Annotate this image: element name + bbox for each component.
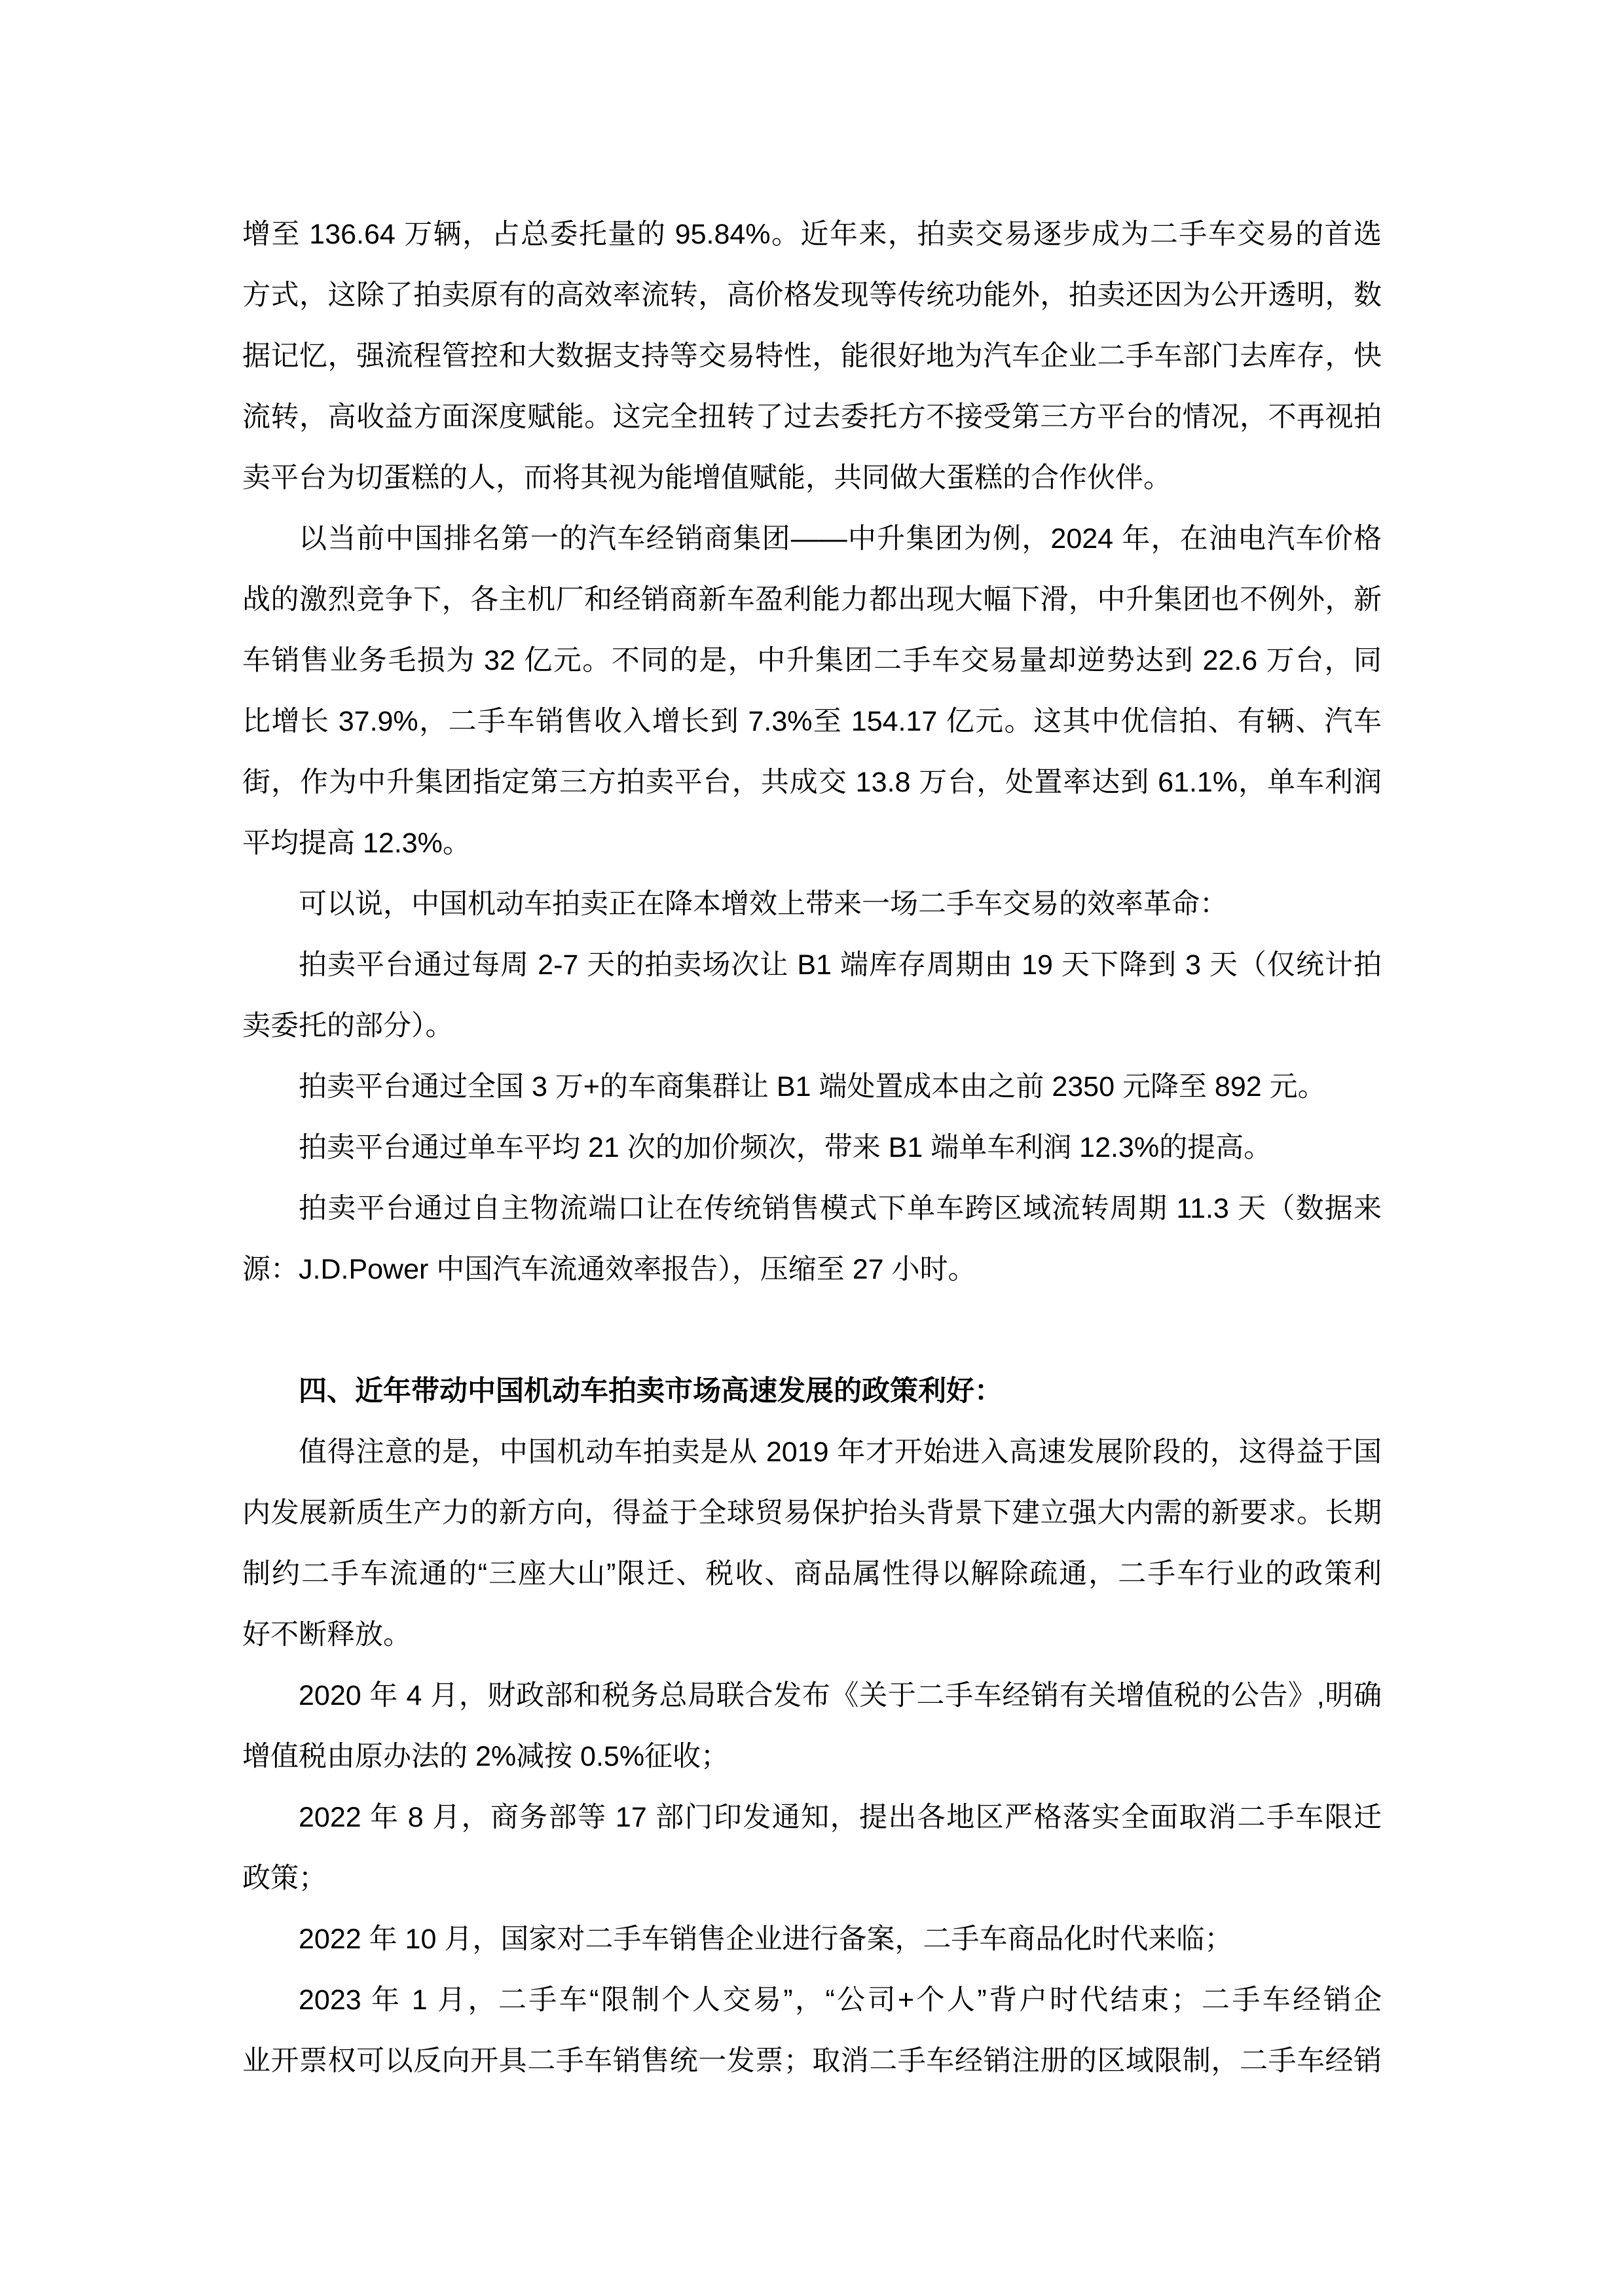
text-line: 车销售业务毛损为 32 亿元。不同的是，中升集团二手车交易量却逆势达到 22.6… — [242, 630, 1382, 691]
text-line: 拍卖平台通过自主物流端口让在传统销售模式下单车跨区域流转周期 11.3 天（数据… — [242, 1178, 1382, 1239]
text-line: 内发展新质生产力的新方向，得益于全球贸易保护抬头背景下建立强大内需的新要求。长期 — [242, 1483, 1382, 1544]
text-line: 拍卖平台通过每周 2-7 天的拍卖场次让 B1 端库存周期由 19 天下降到 3… — [242, 935, 1382, 996]
text-line: 2022 年 8 月，商务部等 17 部门印发通知，提出各地区严格落实全面取消二… — [242, 1787, 1382, 1848]
text-line: 平均提高 12.3%。 — [242, 813, 1382, 874]
text-line: 拍卖平台通过单车平均 21 次的加价频次，带来 B1 端单车利润 12.3%的提… — [242, 1118, 1382, 1178]
text-line: 卖委托的部分）。 — [242, 996, 1382, 1057]
section-heading: 四、近年带动中国机动车拍卖市场高速发展的政策利好： — [242, 1361, 1382, 1422]
text-line: 可以说，中国机动车拍卖正在降本增效上带来一场二手车交易的效率革命： — [242, 874, 1382, 935]
text-line: 增至 136.64 万辆，占总委托量的 95.84%。近年来，拍卖交易逐步成为二… — [242, 204, 1382, 265]
text-line: 据记忆，强流程管控和大数据支持等交易特性，能很好地为汽车企业二手车部门去库存，快 — [242, 326, 1382, 387]
text-line: 制约二手车流通的“三座大山”限迁、税收、商品属性得以解除疏通，二手车行业的政策利 — [242, 1544, 1382, 1605]
text-line: 2023 年 1 月，二手车“限制个人交易”，“公司+个人”背户时代结束；二手车… — [242, 1970, 1382, 2031]
text-line: 源：J.D.Power 中国汽车流通效率报告），压缩至 27 小时。 — [242, 1239, 1382, 1300]
text-line: 比增长 37.9%，二手车销售收入增长到 7.3%至 154.17 亿元。这其中… — [242, 691, 1382, 752]
text-line: 战的激烈竞争下，各主机厂和经销商新车盈利能力都出现大幅下滑，中升集团也不例外，新 — [242, 570, 1382, 630]
text-line: 值得注意的是，中国机动车拍卖是从 2019 年才开始进入高速发展阶段的，这得益于… — [242, 1422, 1382, 1483]
text-line: 拍卖平台通过全国 3 万+的车商集群让 B1 端处置成本由之前 2350 元降至… — [242, 1057, 1382, 1118]
text-line: 政策； — [242, 1848, 1382, 1909]
text-line: 街，作为中升集团指定第三方拍卖平台，共成交 13.8 万台，处置率达到 61.1… — [242, 752, 1382, 813]
document-content: 增至 136.64 万辆，占总委托量的 95.84%。近年来，拍卖交易逐步成为二… — [242, 204, 1382, 2092]
text-line: 以当前中国排名第一的汽车经销商集团——中升集团为例，2024 年，在油电汽车价格 — [242, 509, 1382, 570]
text-line: 方式，这除了拍卖原有的高效率流转，高价格发现等传统功能外，拍卖还因为公开透明，数 — [242, 265, 1382, 326]
blank-line — [242, 1300, 1382, 1361]
text-line: 增值税由原办法的 2%减按 0.5%征收； — [242, 1726, 1382, 1787]
text-line: 2022 年 10 月，国家对二手车销售企业进行备案，二手车商品化时代来临； — [242, 1909, 1382, 1970]
text-line: 流转，高收益方面深度赋能。这完全扭转了过去委托方不接受第三方平台的情况，不再视拍 — [242, 387, 1382, 448]
document-page: 增至 136.64 万辆，占总委托量的 95.84%。近年来，拍卖交易逐步成为二… — [0, 0, 1624, 2296]
text-line: 卖平台为切蛋糕的人，而将其视为能增值赋能，共同做大蛋糕的合作伙伴。 — [242, 448, 1382, 509]
text-line: 2020 年 4 月，财政部和税务总局联合发布《关于二手车经销有关增值税的公告》… — [242, 1666, 1382, 1726]
text-line: 好不断释放。 — [242, 1605, 1382, 1666]
text-line: 业开票权可以反向开具二手车销售统一发票；取消二手车经销注册的区域限制，二手车经销 — [242, 2031, 1382, 2092]
